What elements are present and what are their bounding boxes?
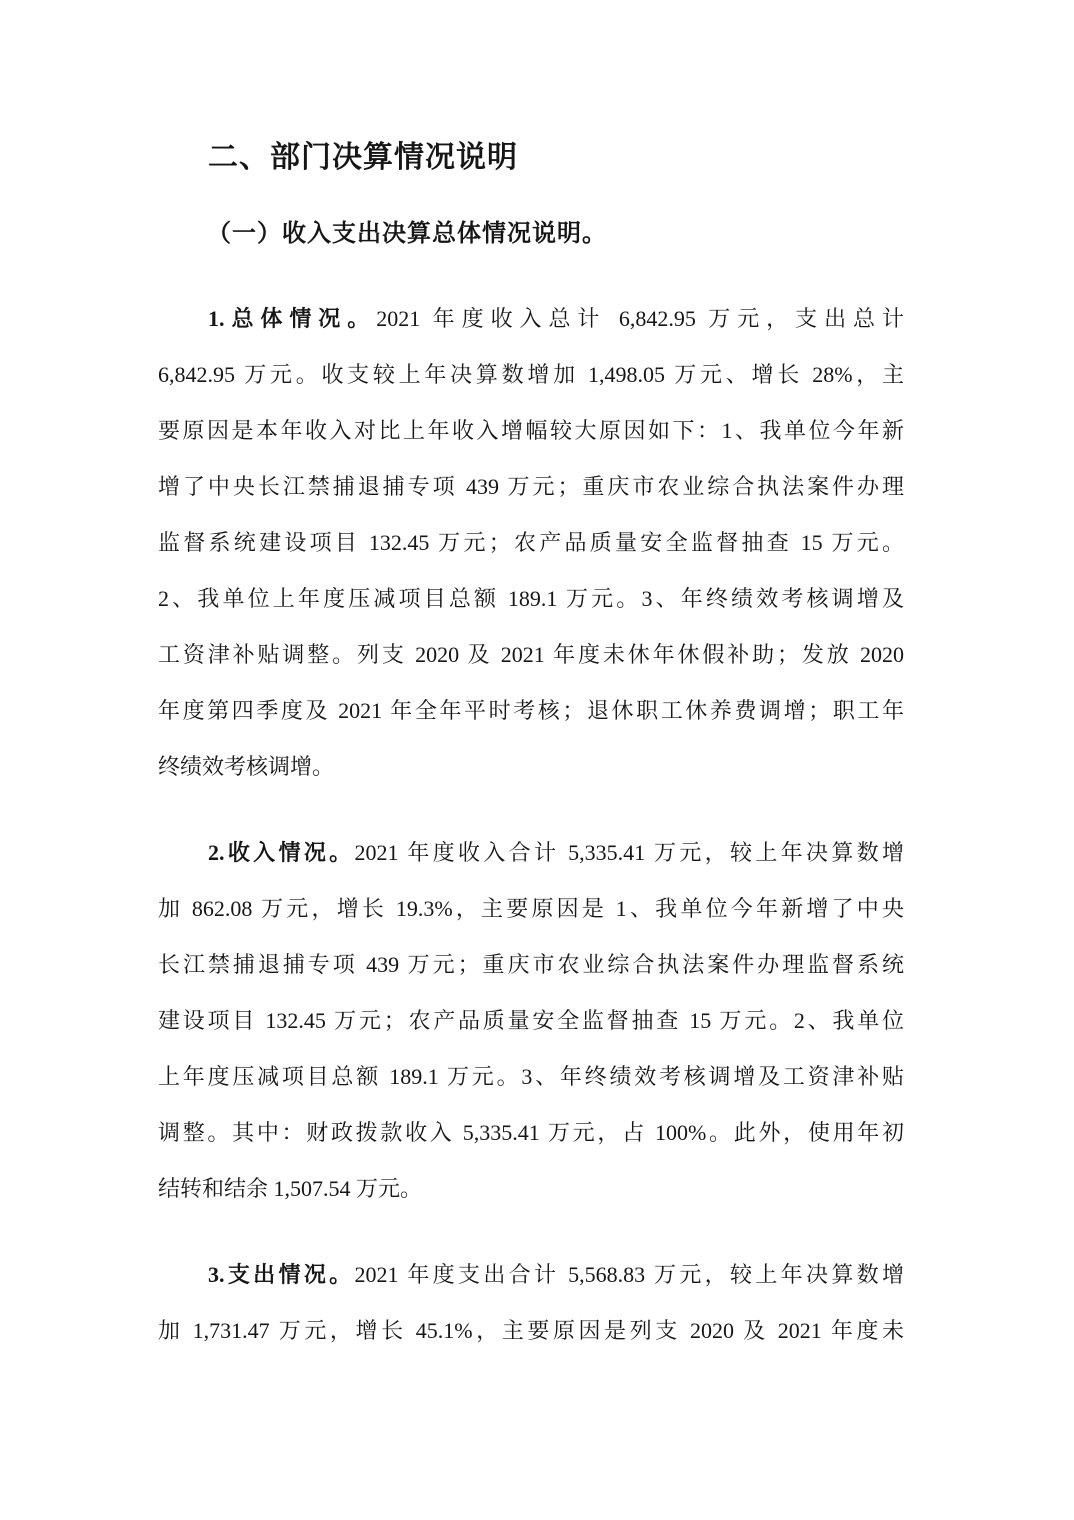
text-line: 2.收入情况。2021 年度收入合计 5,335.41 万元，较上年决算数增 (158, 825, 904, 881)
paragraph-lead: 1.总体情况。 (208, 306, 376, 331)
document-page: 二、部门决算情况说明 （一）收入支出决算总体情况说明。 1.总体情况。2021 … (0, 0, 1074, 1520)
paragraph-text: 2021 年度收入合计 5,335.41 万元，较上年决算数增 (355, 840, 904, 865)
text-line: 年度第四季度及 2021 年全年平时考核；退休职工休养费调增；职工年 (158, 683, 904, 739)
paragraph-income: 2.收入情况。2021 年度收入合计 5,335.41 万元，较上年决算数增 加… (158, 825, 904, 1217)
text-line: 加 1,731.47 万元，增长 45.1%，主要原因是列支 2020 及 20… (158, 1303, 904, 1359)
paragraph-lead: 3.支出情况。 (208, 1262, 355, 1287)
text-line: 要原因是本年收入对比上年收入增幅较大原因如下：1、我单位今年新 (158, 403, 904, 459)
text-line: 3.支出情况。2021 年度支出合计 5,568.83 万元，较上年决算数增 (158, 1247, 904, 1303)
text-line: 加 862.08 万元，增长 19.3%，主要原因是 1、我单位今年新增了中央 (158, 881, 904, 937)
paragraph-overall: 1.总体情况。2021 年度收入总计 6,842.95 万元，支出总计 6,84… (158, 291, 904, 795)
text-line: 长江禁捕退捕专项 439 万元；重庆市农业综合执法案件办理监督系统 (158, 937, 904, 993)
text-line: 监督系统建设项目 132.45 万元；农产品质量安全监督抽查 15 万元。 (158, 515, 904, 571)
text-line: 上年度压减项目总额 189.1 万元。3、年终绩效考核调增及工资津补贴 (158, 1049, 904, 1105)
text-line: 工资津补贴调整。列支 2020 及 2021 年度未休年休假补助；发放 2020 (158, 627, 904, 683)
text-line: 1.总体情况。2021 年度收入总计 6,842.95 万元，支出总计 (158, 291, 904, 347)
text-line: 结转和结余 1,507.54 万元。 (158, 1161, 904, 1217)
text-line: 增了中央长江禁捕退捕专项 439 万元；重庆市农业综合执法案件办理 (158, 459, 904, 515)
subsection-heading: （一）收入支出决算总体情况说明。 (158, 217, 904, 251)
paragraph-text: 2021 年度收入总计 6,842.95 万元，支出总计 (376, 306, 904, 331)
text-line: 6,842.95 万元。收支较上年决算数增加 1,498.05 万元、增长 28… (158, 347, 904, 403)
text-line: 2、我单位上年度压减项目总额 189.1 万元。3、年终绩效考核调增及 (158, 571, 904, 627)
paragraph-lead: 2.收入情况。 (208, 840, 355, 865)
text-line: 终绩效考核调增。 (158, 739, 904, 795)
text-line: 建设项目 132.45 万元；农产品质量安全监督抽查 15 万元。2、我单位 (158, 993, 904, 1049)
paragraph-expenditure: 3.支出情况。2021 年度支出合计 5,568.83 万元，较上年决算数增 加… (158, 1247, 904, 1359)
section-heading: 二、部门决算情况说明 (158, 138, 904, 178)
paragraph-text: 2021 年度支出合计 5,568.83 万元，较上年决算数增 (355, 1262, 904, 1287)
text-line: 调整。其中：财政拨款收入 5,335.41 万元，占 100%。此外，使用年初 (158, 1105, 904, 1161)
